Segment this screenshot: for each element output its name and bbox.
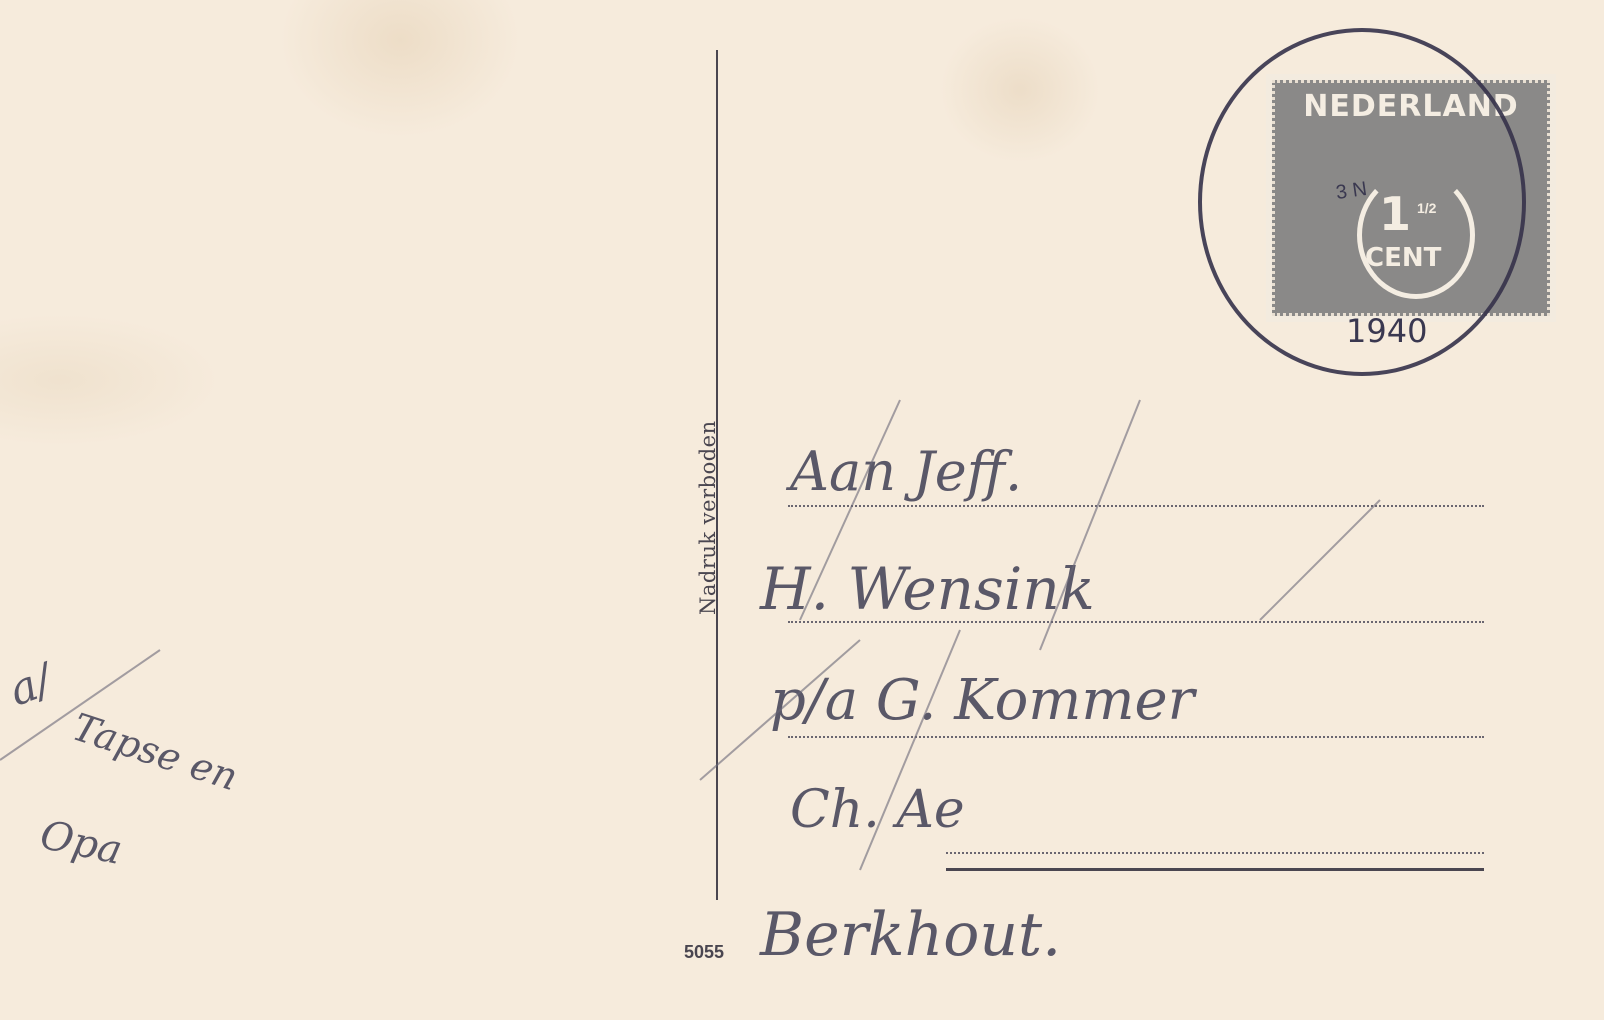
- address-line-4: [946, 852, 1484, 854]
- address-line-4-text: Ch. Ae: [790, 780, 965, 840]
- address-line-3-text: p/a G. Kommer: [770, 668, 1194, 733]
- address-underline-solid: [946, 868, 1484, 871]
- address-line-1: [788, 505, 1484, 507]
- postcard-back: Nadruk verboden 5055 NEDERLAND 1 1/2 CEN…: [0, 0, 1604, 1020]
- address-line-2-text: H. Wensink: [760, 555, 1095, 623]
- postmark-year: 1940: [1346, 312, 1427, 350]
- nadruk-verboden-text: Nadruk verboden: [696, 420, 720, 615]
- message-line-3-text: Opa: [36, 812, 126, 874]
- address-line-5-text: Berkhout.: [760, 900, 1061, 970]
- address-line-3: [788, 736, 1484, 738]
- postmark-date: 3 N: [1335, 178, 1369, 205]
- card-number: 5055: [684, 942, 724, 963]
- message-line-2-text: Tapse en: [67, 705, 243, 800]
- message-line-1-text: a/: [3, 655, 59, 717]
- address-line-1-text: Aan Jeff.: [790, 440, 1022, 503]
